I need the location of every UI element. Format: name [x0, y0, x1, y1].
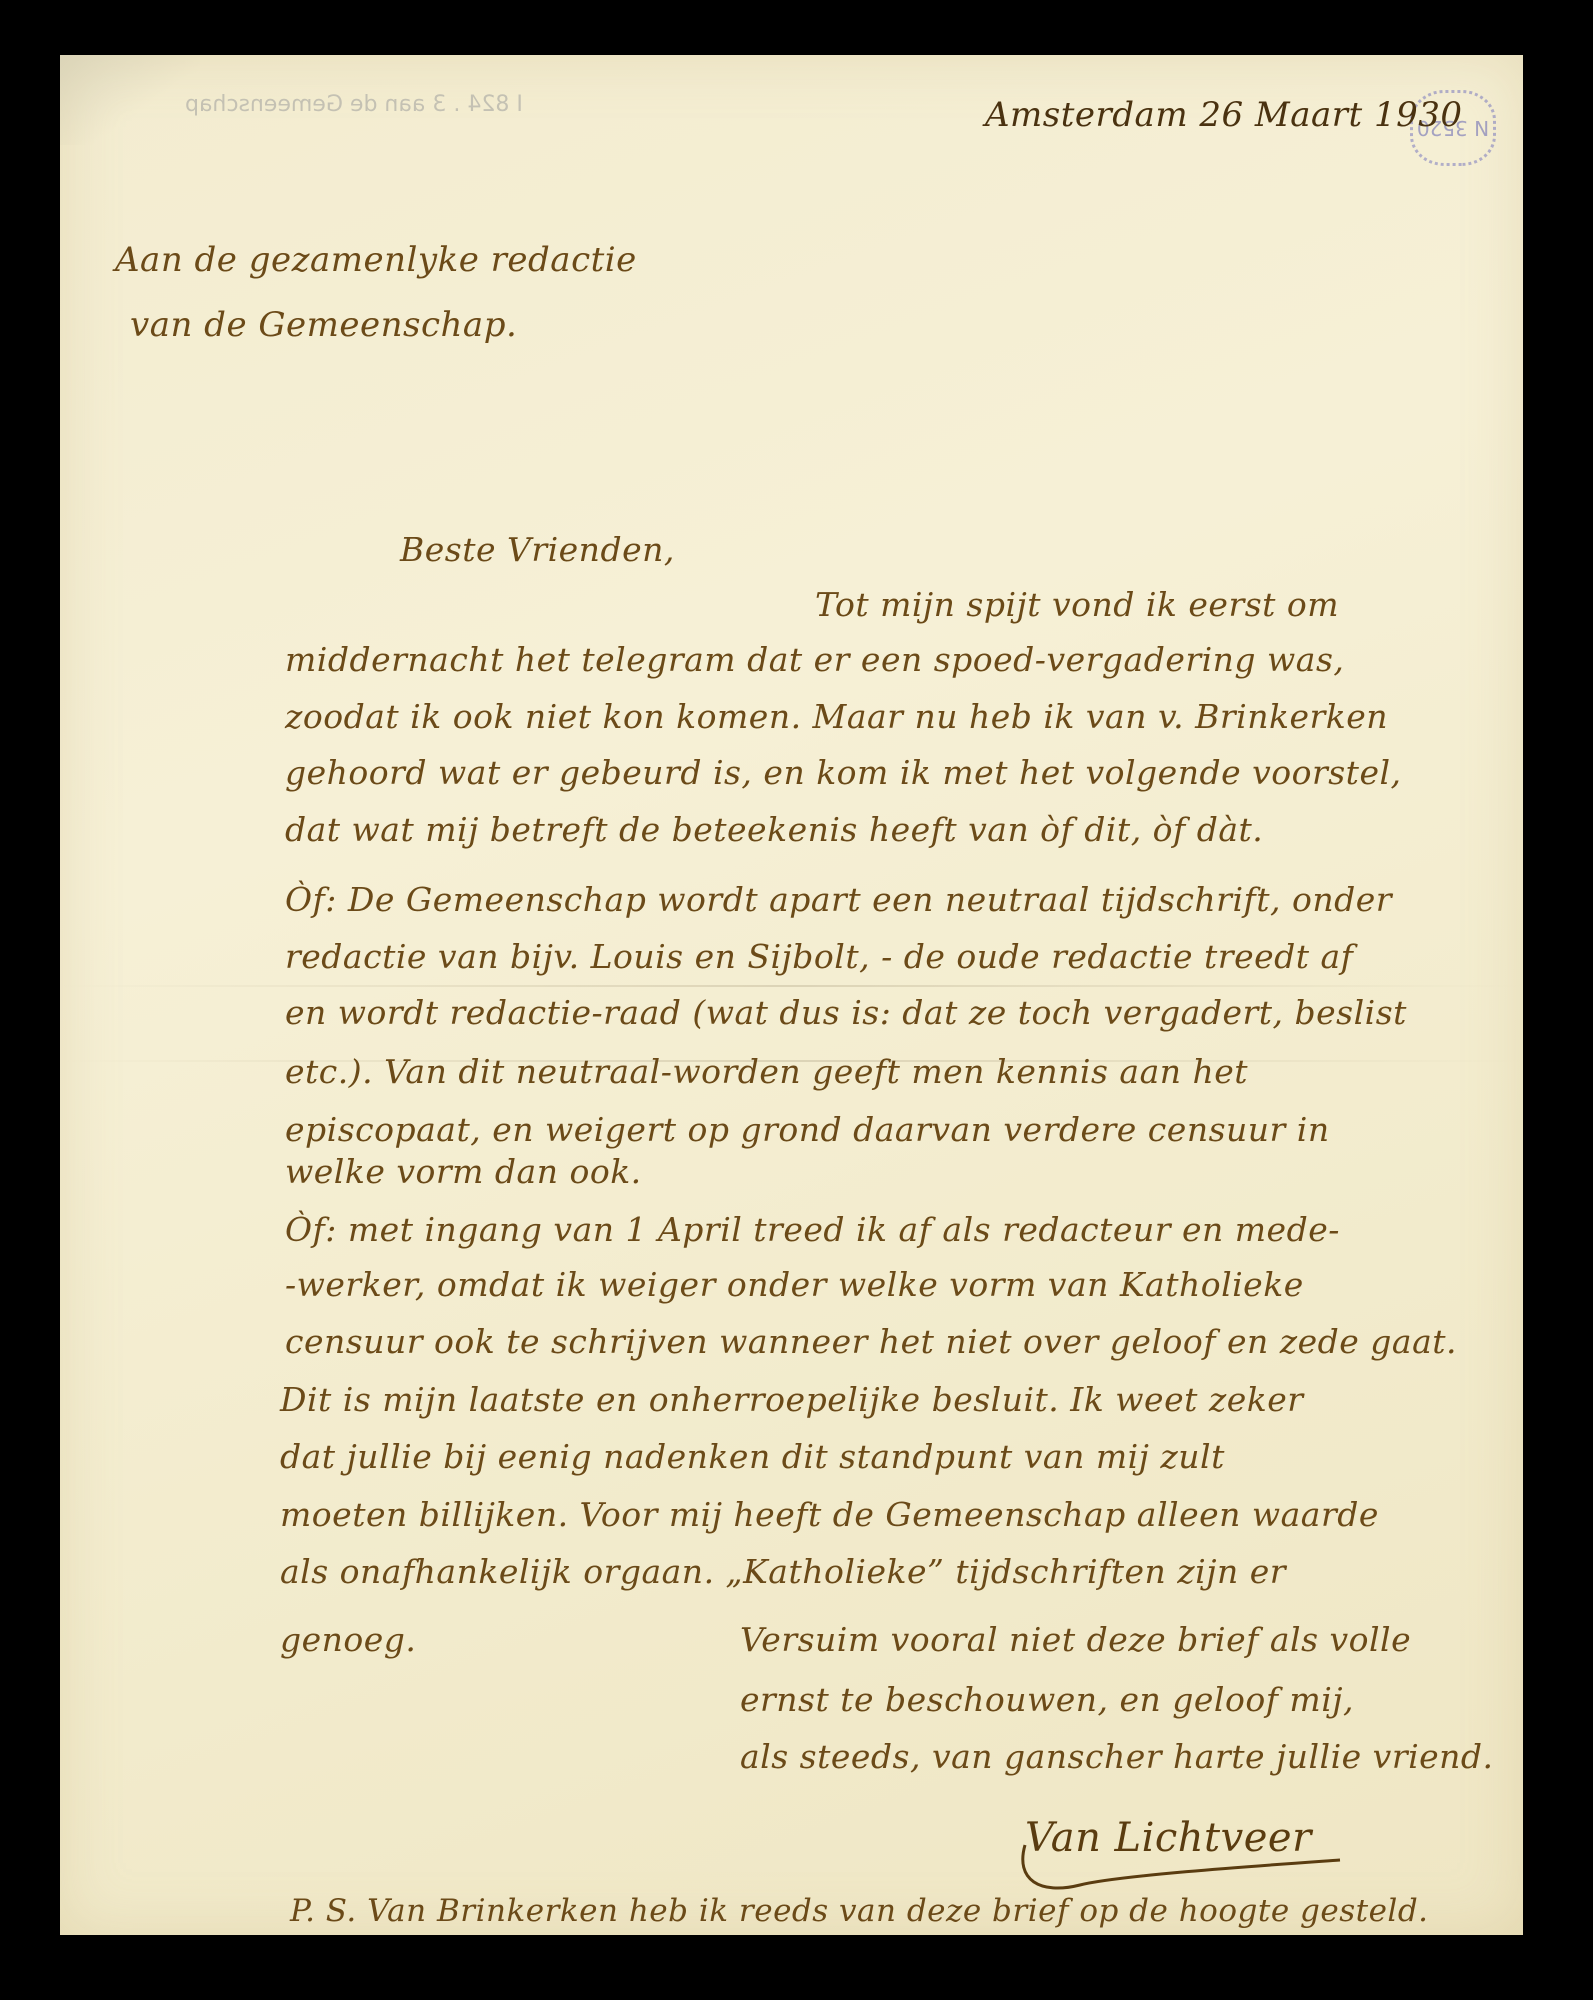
- body-line: middernacht het telegram dat er een spoe…: [285, 640, 1344, 679]
- body-line: dat wat mij betreft de beteekenis heeft …: [285, 810, 1263, 849]
- body-line: Dit is mijn laatste en onherroepelijke b…: [280, 1380, 1304, 1419]
- addressee-line-2: van de Gemeenschap.: [130, 305, 517, 345]
- body-line-option-2: Òf: met ingang van 1 April treed ik af a…: [285, 1210, 1340, 1249]
- body-line: gehoord wat er gebeurd is, en kom ik met…: [285, 753, 1402, 792]
- body-line: welke vorm dan ook.: [285, 1152, 642, 1191]
- addressee-line-1: Aan de gezamenlyke redactie: [115, 240, 637, 280]
- body-line: redactie van bijv. Louis en Sijbolt, - d…: [285, 937, 1353, 976]
- body-line: censuur ook te schrijven wanneer het nie…: [285, 1322, 1457, 1361]
- body-line: dat jullie bij eenig nadenken dit standp…: [280, 1437, 1225, 1476]
- place-date: Amsterdam 26 Maart 1930: [985, 95, 1463, 135]
- salutation: Beste Vrienden,: [400, 530, 675, 569]
- body-line: etc.). Van dit neutraal-worden geeft men…: [285, 1052, 1248, 1091]
- body-line: zoodat ik ook niet kon komen. Maar nu he…: [285, 697, 1388, 736]
- closing-line: Versuim vooral niet deze brief als volle: [740, 1620, 1411, 1659]
- signature-flourish: [1020, 1840, 1350, 1900]
- body-line: als onafhankelijk orgaan. „Katholieke” t…: [280, 1552, 1286, 1591]
- paper-crease: [60, 55, 200, 145]
- paper-fold-line: [60, 985, 1523, 987]
- body-line: genoeg.: [280, 1620, 416, 1659]
- archive-pencil-note: I 824 . 3 aan de Gemeenschap: [185, 92, 523, 117]
- postscript: P. S. Van Brinkerken heb ik reeds van de…: [290, 1893, 1429, 1929]
- body-line: episcopaat, en weigert op grond daarvan …: [285, 1110, 1330, 1149]
- body-line: en wordt redactie-raad (wat dus is: dat …: [285, 993, 1407, 1032]
- body-line: -werker, omdat ik weiger onder welke vor…: [285, 1265, 1304, 1304]
- body-line-option-1: Òf: De Gemeenschap wordt apart een neutr…: [285, 880, 1392, 919]
- body-line: Tot mijn spijt vond ik eerst om: [815, 585, 1339, 624]
- closing-line: ernst te beschouwen, en geloof mij,: [740, 1680, 1354, 1719]
- closing-line: als steeds, van ganscher harte jullie vr…: [740, 1737, 1494, 1776]
- body-line: moeten billijken. Voor mij heeft de Geme…: [280, 1495, 1379, 1534]
